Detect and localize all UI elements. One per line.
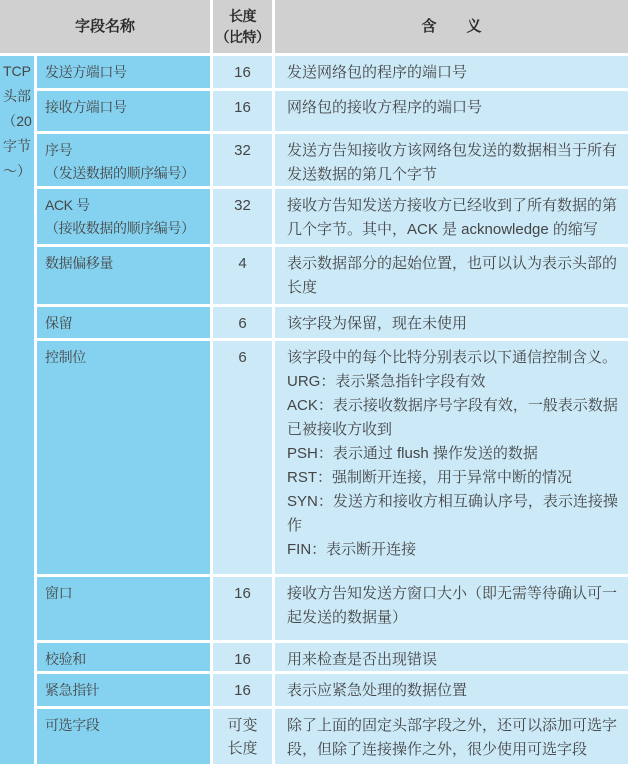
- field-name-cell: 发送方端口号: [37, 56, 210, 88]
- field-name-cell: 接收方端口号: [37, 91, 210, 131]
- field-name-cell: 窗口: [37, 577, 210, 640]
- meaning-cell: 该字段为保留，现在未使用: [275, 307, 628, 338]
- meaning-cell: 除了上面的固定头部字段之外，还可以添加可选字段，但除了连接操作之外，很少使用可选…: [275, 709, 628, 764]
- field-name-cell: 控制位: [37, 341, 210, 574]
- meaning-cell: 该字段中的每个比特分别表示以下通信控制含义。 URG：表示紧急指针字段有效 AC…: [275, 341, 628, 574]
- tcp-header-table: 字段名称 长度 （比特） 含 义 TCP 头部 （20 字节 ～） 发送方端口号…: [0, 0, 631, 764]
- meaning-cell: 网络包的接收方程序的端口号: [275, 91, 628, 131]
- bit-length-cell: 4: [213, 247, 272, 304]
- column-header-bit-length: 长度 （比特）: [213, 0, 272, 53]
- row-group-label-tcp-header: TCP 头部 （20 字节 ～）: [0, 56, 34, 764]
- field-name-cell: 保留: [37, 307, 210, 338]
- bit-length-cell: 16: [213, 674, 272, 706]
- bit-length-cell: 16: [213, 56, 272, 88]
- bit-length-cell: 16: [213, 91, 272, 131]
- field-name-cell: 可选字段: [37, 709, 210, 764]
- bit-length-cell: 32: [213, 189, 272, 244]
- field-name-cell: 数据偏移量: [37, 247, 210, 304]
- field-name-cell: 紧急指针: [37, 674, 210, 706]
- meaning-cell: 发送方告知接收方该网络包发送的数据相当于所有发送数据的第几个字节: [275, 134, 628, 186]
- column-header-meaning: 含 义: [275, 0, 628, 53]
- bit-length-cell: 6: [213, 341, 272, 574]
- meaning-cell: 发送网络包的程序的端口号: [275, 56, 628, 88]
- bit-length-cell: 6: [213, 307, 272, 338]
- field-name-cell: 校验和: [37, 643, 210, 671]
- meaning-cell: 表示数据部分的起始位置，也可以认为表示头部的长度: [275, 247, 628, 304]
- field-name-cell: ACK 号 （接收数据的顺序编号）: [37, 189, 210, 244]
- meaning-cell: 用来检查是否出现错误: [275, 643, 628, 671]
- meaning-cell: 接收方告知发送方接收方已经收到了所有数据的第几个字节。其中，ACK 是 ackn…: [275, 189, 628, 244]
- bit-length-cell: 16: [213, 577, 272, 640]
- meaning-cell: 接收方告知发送方窗口大小（即无需等待确认可一起发送的数据量）: [275, 577, 628, 640]
- field-name-cell: 序号 （发送数据的顺序编号）: [37, 134, 210, 186]
- column-header-field-name: 字段名称: [0, 0, 210, 53]
- bit-length-cell: 32: [213, 134, 272, 186]
- bit-length-cell: 16: [213, 643, 272, 671]
- bit-length-cell: 可变 长度: [213, 709, 272, 764]
- meaning-cell: 表示应紧急处理的数据位置: [275, 674, 628, 706]
